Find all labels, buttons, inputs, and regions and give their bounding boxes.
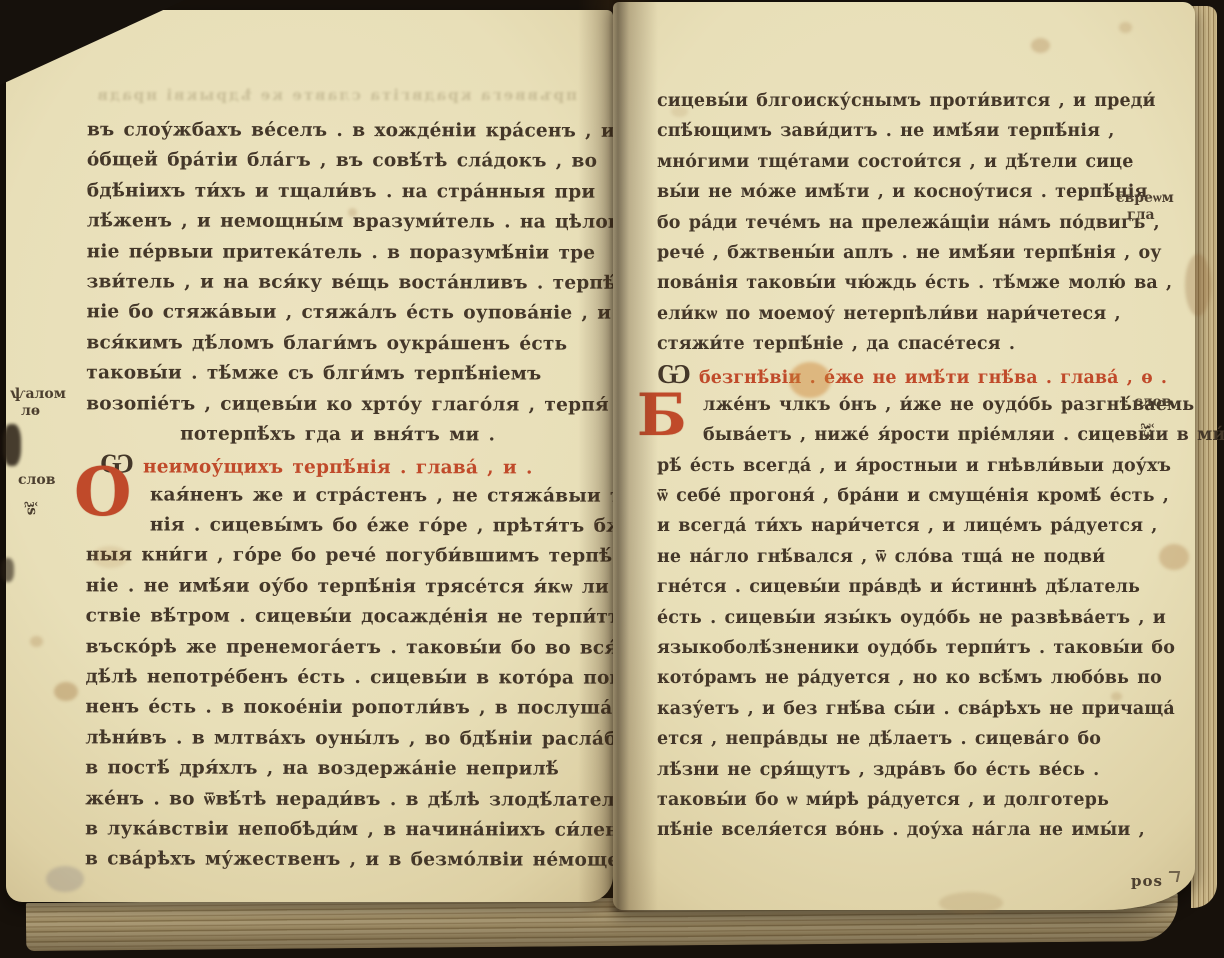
margin-note-line: слов [18, 472, 55, 489]
text-line: казу́етъ , и без гнѣ́ва сы́и . сва́рѣхъ … [657, 694, 1115, 724]
stain [1031, 38, 1050, 53]
text-line: гне́тся . сицевы́и пра́вдѣ и и́стиннѣ дѣ… [657, 572, 1115, 602]
margin-note-line: гла [1127, 207, 1174, 224]
text-segment: таковы́и . тѣ́мже съ блги́мъ терпѣ́ніемъ [86, 362, 541, 384]
text-line: в лука́вствіи непобѣди́м , в начина́ніих… [85, 814, 588, 846]
text-line: ненъ е́сть . в покое́ніи ропотли́въ , в … [85, 693, 588, 725]
text-line: таковы́и . тѣ́мже съ блги́мъ терпѣ́ніемъ [86, 358, 589, 390]
text-segment: не на́гло гнѣ́вался , ѿ сло́ва тща́ не п… [657, 547, 1105, 567]
text-line: ніе пе́рвыи притека́тель . в поразумѣ́ні… [87, 237, 590, 269]
text-line: бдѣ́ніихъ ти́хъ и тщали́въ . на стра́нны… [87, 176, 590, 208]
text-line: языкоболѣ́зненики оудо́бь терпи́тъ . так… [657, 633, 1115, 663]
text-line: ѿ себе́ прогоня́ , бра́ни и смуще́нія кр… [657, 481, 1115, 511]
text-segment: в лука́вствіи непобѣди́м , в начина́ніих… [85, 818, 649, 840]
text-segment: лѣ́зни не сря́щутъ , здра́въ бо е́сть ве… [657, 760, 1099, 780]
text-line: ніе . не имѣ́яи оу́бо терпѣ́нія трясе́тс… [86, 571, 589, 603]
text-segment: возопіе́тъ , сицевы́и ко хрто́у глаго́ля… [86, 393, 609, 415]
text-segment: спѣ́ющимъ зави́дитъ . не имѣ́яи терпѣ́ні… [657, 121, 1115, 141]
text-line: дѣ́лѣ непотре́бенъ е́сть . сицевы́и в ко… [85, 662, 588, 694]
margin-note-line: ѯз [1139, 423, 1156, 438]
text-segment: потерпѣ́хъ гда и вня́тъ ми . [180, 423, 495, 445]
text-segment: стяжи́те терпѣ́ніе , да спасе́теся . [657, 334, 1015, 354]
text-segment: ненъ е́сть . в покое́ніи ропотли́въ , в … [85, 697, 647, 719]
text-line: лѣ́зни не сря́щутъ , здра́въ бо е́сть ве… [657, 755, 1115, 785]
text-segment: въ слоу́жбахъ ве́селъ . в хожде́ніи кра́… [87, 119, 650, 141]
stain [30, 636, 43, 647]
text-segment: зви́тель , и на вся́ку ве́щь воста́нливъ… [87, 271, 617, 293]
margin-note-line: євреѡм [1116, 190, 1174, 207]
margin-note-word: слов ѯѕ [18, 472, 55, 514]
chapter-heading: Ѡ неимоу́щихъ терпѣ́нія . глава́ , и . [86, 450, 589, 482]
text-line: въско́рѣ же пренемога́етъ . таковы́и бо … [86, 632, 589, 664]
text-segment: ніе . не имѣ́яи оу́бо терпѣ́нія трясе́тс… [86, 575, 609, 597]
text-line: ется , непра́вды не дѣ́лаетъ . сицева́го… [657, 724, 1115, 754]
text-line: пова́нія таковы́и чю́ждь е́сть . тѣ́мже … [657, 268, 1115, 298]
pencil-smudge [46, 866, 84, 892]
text-segment: пѣ́ніе вселя́ется во́нь . доу́ха на́гла … [657, 820, 1145, 840]
text-line: рече́ , бжтвены́и аплъ . не имѣ́яи терпѣ… [657, 238, 1115, 268]
text-line: ныя кни́ги , го́ре бо рече́ погуби́вшимъ… [86, 541, 589, 573]
folio-number: роѕ [1131, 872, 1179, 890]
text-line: зви́тель , и на вся́ку ве́щь воста́нливъ… [87, 267, 590, 299]
text-line: возопіе́тъ , сицевы́и ко хрто́у глаго́ля… [86, 389, 589, 421]
text-line: лже́нъ члкъ о́нъ , и́же не оудо́бь разгн… [657, 390, 1115, 420]
stain [1159, 544, 1189, 570]
text-line: нія . сицевы́мъ бо е́же го́ре , прѣтя́тъ… [86, 510, 589, 542]
text-segment: мно́гими тще́тами состои́тся , и дѣ́тели… [657, 152, 1133, 172]
text-line: вся́кимъ дѣ́ломъ благи́мъ оукра́шенъ е́с… [86, 328, 589, 360]
right-page: євреѡм гла слов ѯз Б сицевы́и блгоиску́с… [613, 2, 1195, 910]
text-segment: лже́нъ члкъ о́нъ , и́же не оудо́бь разгн… [703, 395, 1194, 415]
text-line: стяжи́те терпѣ́ніе , да спасе́теся . [657, 329, 1115, 359]
text-segment: вся́кимъ дѣ́ломъ благи́мъ оукра́шенъ е́с… [86, 332, 567, 354]
text-line: бо ра́ди тече́мъ на прележа́щіи на́мъ по… [657, 208, 1115, 238]
text-segment: дѣ́лѣ непотре́бенъ е́сть . сицевы́и в ко… [85, 666, 636, 688]
text-segment: ніе пе́рвыи притека́тель . в поразумѣ́ні… [87, 241, 596, 263]
text-segment: гне́тся . сицевы́и пра́вдѣ и и́стиннѣ дѣ… [657, 577, 1140, 597]
margin-note-word: слов ѯз [1134, 394, 1171, 436]
text-segment: пова́нія таковы́и чю́ждь е́сть . тѣ́мже … [657, 273, 1172, 293]
text-line: быва́етъ , ниже́ я́рости пріе́мляи . сиц… [657, 420, 1115, 450]
text-segment: казу́етъ , и без гнѣ́ва сы́и . сва́рѣхъ … [657, 699, 1175, 719]
drop-cap-initial: Б [637, 388, 687, 442]
text-line: в постѣ́ дря́хлъ , на воздержа́ніе непри… [85, 754, 588, 786]
text-line: кая́ненъ же и стра́стенъ , не стяжа́выи … [86, 480, 589, 512]
text-segment: ніе бо стяжа́выи , стяжа́лъ е́сть оупова… [86, 302, 611, 324]
text-line: въ слоу́жбахъ ве́селъ . в хожде́ніи кра́… [87, 115, 590, 147]
text-line: кото́рамъ не ра́дуется , но ко всѣ́мъ лю… [657, 663, 1115, 693]
text-segment: лѣни́въ . в млтва́хъ оуны́лъ , во бдѣ́ні… [85, 727, 671, 750]
text-line: ели́кѡ по моемоу́ нетерпѣли́ви нари́чете… [657, 299, 1115, 329]
text-line: потерпѣ́хъ гда и вня́тъ ми . [86, 419, 589, 451]
text-segment: ныя кни́ги , го́ре бо рече́ погуби́вшимъ… [86, 545, 613, 567]
text-line: таковы́и бо ѡ ми́рѣ ра́дуется , и долгот… [657, 785, 1115, 815]
text-segment: кая́ненъ же и стра́стенъ , не стяжа́выи … [150, 484, 674, 506]
text-line: лѣни́въ . в млтва́хъ оуны́лъ , во бдѣ́ні… [85, 723, 588, 755]
book-photo: пръввега крадвгіта славте ке ѣдрыкві нра… [0, 0, 1224, 958]
text-line: вы́и не мо́же имѣ́ти , и косноу́тися . т… [657, 177, 1115, 207]
text-segment: в постѣ́ дря́хлъ , на воздержа́ніе непри… [85, 758, 559, 780]
right-page-text: сицевы́и блгоиску́снымъ проти́вится , и … [657, 86, 1115, 846]
text-segment: языкоболѣ́зненики оудо́бь терпи́тъ . так… [657, 638, 1175, 658]
stain [1119, 22, 1132, 33]
text-segment: нія . сицевы́мъ бо е́же го́ре , прѣтя́тъ… [150, 515, 662, 537]
text-line: о́бщей бра́тіи бла́гъ , въ совѣ́тѣ сла́д… [87, 146, 590, 178]
bleed-through-text: пръввега крадвгіта славте ке ѣдрыкві нра… [90, 86, 577, 104]
text-line: ніе бо стяжа́выи , стяжа́лъ е́сть оупова… [86, 298, 589, 330]
text-line: ствіе вѣ́тром . сицевы́и досажде́нія не … [86, 602, 589, 634]
text-segment: сицевы́и блгоиску́снымъ проти́вится , и … [657, 91, 1156, 111]
text-line: пѣ́ніе вселя́ется во́нь . доу́ха на́гла … [657, 815, 1115, 845]
text-segment: и всегда́ ти́хъ нари́чется , и лице́мъ р… [657, 516, 1158, 536]
drop-cap-initial: О [74, 462, 132, 522]
text-line: в сва́рѣхъ му́жественъ , и в безмо́лвіи … [85, 845, 588, 877]
text-segment: въско́рѣ же пренемога́етъ . таковы́и бо … [86, 636, 661, 659]
text-segment: ели́кѡ по моемоу́ нетерпѣли́ви нари́чете… [657, 304, 1121, 324]
text-segment: в сва́рѣхъ му́жественъ , и в безмо́лвіи … [85, 849, 663, 872]
text-segment: о́бщей бра́тіи бла́гъ , въ совѣ́тѣ сла́д… [87, 150, 597, 172]
chapter-heading: Ѡ безгнѣ́віи . е́же не имѣ́ти гнѣ́ва . г… [657, 360, 1115, 390]
text-segment: рече́ , бжтвены́и аплъ . не имѣ́яи терпѣ… [657, 243, 1162, 263]
text-segment: ется , непра́вды не дѣ́лаетъ . сицева́го… [657, 729, 1101, 749]
ink-spot [3, 424, 21, 466]
text-segment: вы́и не мо́же имѣ́ти , и косноу́тися . т… [657, 182, 1148, 202]
text-line: спѣ́ющимъ зави́дитъ . не имѣ́яи терпѣ́ні… [657, 116, 1115, 146]
margin-note-line: лѳ [21, 403, 66, 420]
text-segment: бо ра́ди тече́мъ на прележа́щіи на́мъ по… [657, 213, 1160, 233]
ink-spot [1, 558, 14, 582]
margin-note-citation: євреѡм гла [1116, 190, 1174, 224]
text-line: же́нъ . во ѿвѣ́тѣ неради́въ . в дѣ́лѣ зл… [85, 784, 588, 816]
text-segment: лѣ́женъ , и немощны́м вразуми́тель . на … [87, 211, 633, 233]
text-segment: таковы́и бо ѡ ми́рѣ ра́дуется , и долгот… [657, 790, 1109, 810]
text-segment: неимоу́щихъ терпѣ́нія . глава́ , и . [134, 457, 533, 479]
text-line: мно́гими тще́тами состои́тся , и дѣ́тели… [657, 147, 1115, 177]
margin-note-line: слов [1134, 394, 1171, 411]
text-line: е́сть . сицевы́и язы́къ оудо́бь не развѣ… [657, 603, 1115, 633]
text-segment: ѿ себе́ прогоня́ , бра́ни и смуще́нія кр… [657, 486, 1169, 506]
text-segment: безгнѣ́віи . е́же не имѣ́ти гнѣ́ва . гла… [691, 368, 1167, 388]
text-segment: бдѣ́ніихъ ти́хъ и тщали́въ . на стра́нны… [87, 180, 596, 202]
text-line: рѣ́ е́сть всегда́ , и я́ростныи и гнѣвли… [657, 451, 1115, 481]
margin-note-line: ѱалом [10, 386, 66, 403]
text-segment: е́сть . сицевы́и язы́къ оудо́бь не развѣ… [657, 608, 1166, 628]
text-segment: ствіе вѣ́тром . сицевы́и досажде́нія не … [86, 606, 639, 628]
text-line: не на́гло гнѣ́вался , ѿ сло́ва тща́ не п… [657, 542, 1115, 572]
text-segment: же́нъ . во ѿвѣ́тѣ неради́въ . в дѣ́лѣ зл… [85, 788, 643, 810]
text-line: и всегда́ ти́хъ нари́чется , и лице́мъ р… [657, 511, 1115, 541]
text-line: сицевы́и блгоиску́снымъ проти́вится , и … [657, 86, 1115, 116]
text-segment: рѣ́ е́сть всегда́ , и я́ростныи и гнѣвли… [657, 456, 1171, 476]
text-segment: кото́рамъ не ра́дуется , но ко всѣ́мъ лю… [657, 668, 1162, 688]
left-page-text: въ слоу́жбахъ ве́селъ . в хожде́ніи кра́… [85, 115, 590, 876]
stain [54, 682, 78, 701]
text-line: лѣ́женъ , и немощны́м вразуми́тель . на … [87, 207, 590, 239]
margin-note-line: ѯѕ [22, 501, 39, 515]
left-page: пръввега крадвгіта славте ке ѣдрыкві нра… [6, 10, 613, 902]
margin-note-psalm: ѱалом лѳ [10, 386, 66, 420]
